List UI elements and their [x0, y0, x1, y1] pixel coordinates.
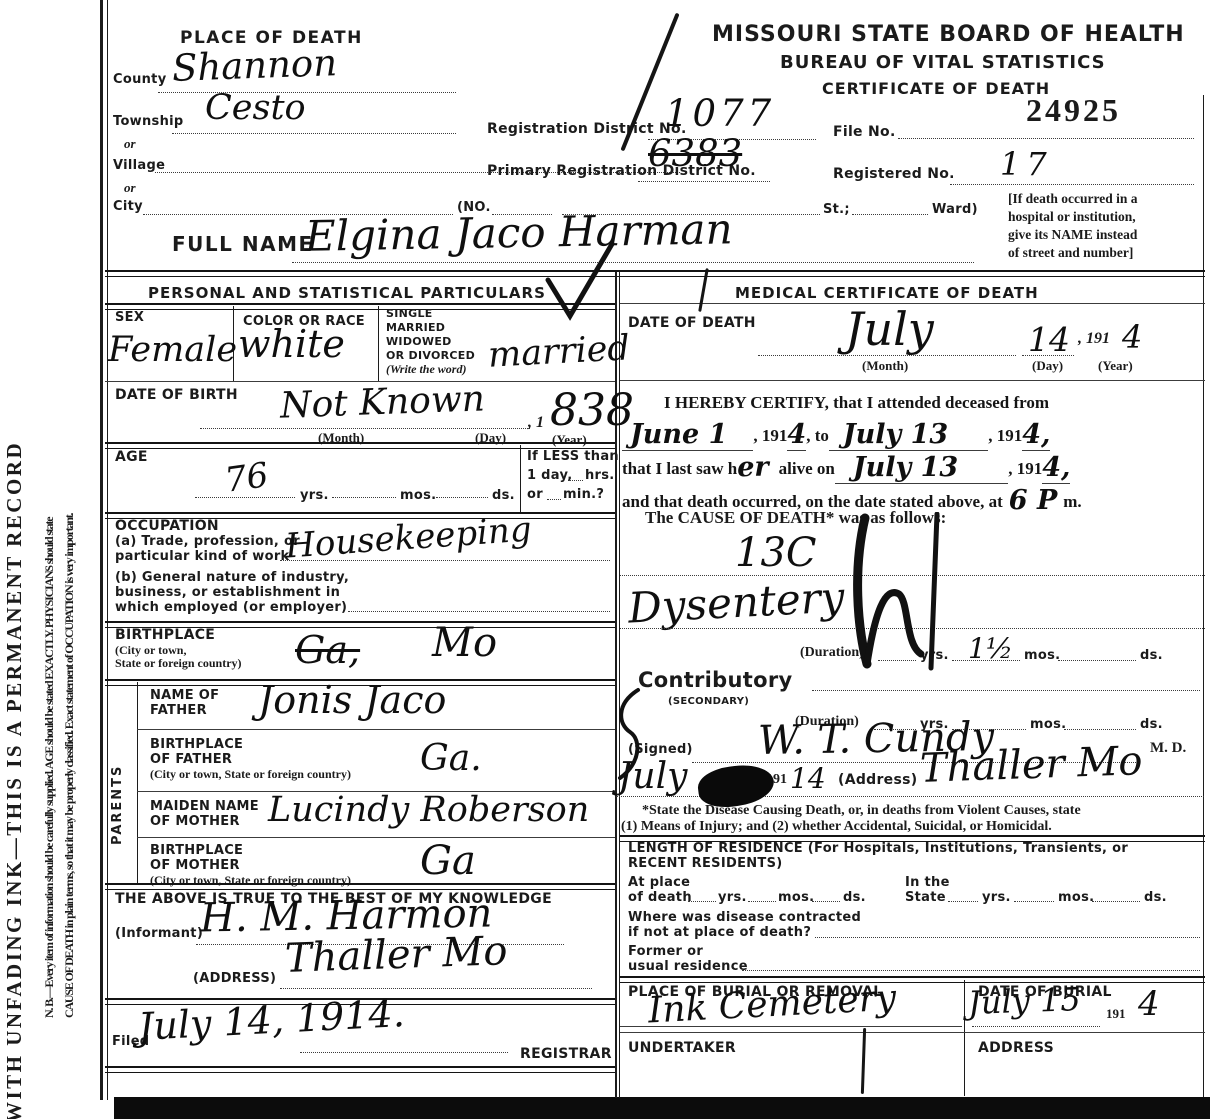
dod-month-label: (Month) — [862, 358, 908, 374]
last-saw-pronoun: er — [737, 452, 778, 483]
form-left-border-inner — [107, 0, 108, 1100]
undertaker-address-label: ADDRESS — [978, 1040, 1054, 1056]
date-of-death-day-value: 14 — [1028, 320, 1070, 359]
state-yrs-line — [948, 901, 978, 902]
city-ward-label: Ward) — [932, 202, 978, 217]
cause-code-value: 13C — [735, 530, 817, 576]
personal-section-title: PERSONAL AND STATISTICAL PARTICULARS — [148, 284, 546, 302]
mother-name-label2: OF MOTHER — [150, 814, 240, 829]
contrib-duration-mos: mos. — [1030, 717, 1066, 732]
date-of-death-label: DATE OF DEATH — [628, 315, 756, 331]
ifless-hrs-label: hrs. — [585, 468, 615, 483]
village-label: Village — [113, 158, 165, 173]
atplace-label1: At place — [628, 875, 690, 890]
undertaker-label: UNDERTAKER — [628, 1040, 736, 1056]
dob-row-rule — [105, 442, 615, 449]
signature-address-label: (Address) — [838, 772, 917, 788]
age-yrs-line — [195, 497, 295, 498]
occupation-b-line3: which employed (or employer) — [115, 600, 347, 615]
date-of-death-year-value: 4 — [1122, 318, 1142, 356]
burial-cell-divider — [964, 980, 965, 1096]
occupation-b-line1: (b) General nature of industry, — [115, 570, 349, 585]
occupation-label: OCCUPATION — [115, 518, 219, 534]
marital-value: married — [487, 328, 631, 375]
age-cell-divider — [520, 445, 521, 513]
dod-day-line — [1022, 355, 1074, 356]
birthplace-label: BIRTHPLACE — [115, 627, 215, 643]
birthplace-value-struck: Ga, — [295, 628, 360, 672]
occupation-a-line — [280, 560, 610, 561]
certify-paragraph: I HEREBY CERTIFY, that I attended deceas… — [622, 386, 1204, 518]
atplace-label2: of death — [628, 890, 692, 905]
state-ds-line — [1092, 901, 1140, 902]
reg-district-value: 1077 — [665, 92, 775, 135]
state-mos-line — [1014, 901, 1054, 902]
personal-title-rule — [105, 303, 615, 310]
informant-address-value: Thaller Mo — [284, 928, 508, 982]
last-saw-text2: alive on — [779, 459, 835, 478]
state-yrs: yrs. — [982, 890, 1011, 905]
marital-label-widowed: WIDOWED — [386, 335, 452, 348]
contrib-duration-ds: ds. — [1140, 717, 1163, 732]
hospital-note-l3: give its NAME instead — [1008, 227, 1137, 242]
where-contracted-line1: Where was disease contracted — [628, 910, 861, 925]
age-ds-label: ds. — [492, 488, 515, 503]
primary-reg-line — [638, 181, 770, 182]
primary-reg-value: 6383 — [648, 132, 742, 175]
hospital-note-l1: [If death occurred in a — [1008, 191, 1138, 206]
cause-duration-ds-line — [1058, 660, 1136, 661]
pen-stroke-undertaker — [861, 1028, 866, 1094]
atplace-ds: ds. — [843, 890, 866, 905]
informant-label: (Informant) — [115, 926, 203, 941]
mother-name-rule — [137, 837, 615, 838]
father-birthplace-sub: (City or town, State or foreign country) — [150, 767, 351, 782]
filed-line — [300, 1052, 508, 1053]
informant-address-line — [280, 988, 592, 989]
form-left-border — [100, 0, 103, 1100]
inthe-label: In the — [905, 875, 950, 890]
ifless-line1: If LESS than — [527, 449, 619, 464]
margin-nb-note-line2: CAUSE OF DEATH in plain terms, so that i… — [62, 28, 77, 1018]
registrar-label: REGISTRAR — [520, 1046, 612, 1062]
state-mos: mos. — [1058, 890, 1094, 905]
pen-check-personal-header — [540, 238, 635, 328]
color-cell-divider — [378, 306, 379, 382]
city-st-label: St.; — [823, 202, 850, 217]
marital-label-married: MARRIED — [386, 321, 445, 334]
file-no-value: 24925 — [1026, 92, 1121, 129]
last-saw-date: July 13 — [835, 452, 1008, 484]
county-value: Shannon — [171, 41, 337, 90]
ifless-min-label: min.? — [563, 487, 604, 502]
pen-flourish-contributory — [612, 686, 648, 781]
sex-value: Female — [108, 330, 237, 370]
mother-birthplace-label1: BIRTHPLACE — [150, 843, 243, 858]
death-hour-value: 6 P — [1003, 485, 1064, 516]
occupation-b-line — [348, 611, 610, 612]
where-contracted-line2: if not at place of death? — [628, 925, 811, 940]
age-label: AGE — [115, 449, 148, 465]
occupation-a-line1: (a) Trade, profession, or — [115, 534, 300, 549]
where-contracted-line — [815, 937, 1200, 938]
file-no-line — [898, 138, 1194, 139]
signature-date-year: 14 — [790, 762, 826, 795]
mother-name-value: Lucindy Roberson — [268, 790, 589, 830]
state-ds: ds. — [1144, 890, 1167, 905]
attended-from-year: 4 — [787, 419, 806, 451]
city-ward-line — [852, 214, 928, 215]
city-label: City — [113, 199, 143, 214]
file-no-label: File No. — [833, 124, 896, 140]
registered-line — [950, 184, 1194, 185]
contributory-line — [812, 690, 1200, 691]
secondary-label: (SECONDARY) — [668, 696, 749, 707]
registered-value: 17 — [1000, 145, 1053, 183]
year-printed-a: , 191 — [753, 426, 787, 445]
informant-address-label: (ADDRESS) — [193, 971, 276, 986]
father-name-value: Jonis Jaco — [258, 678, 446, 722]
bottom-black-bar — [114, 1097, 1210, 1119]
dod-year-label: (Year) — [1098, 358, 1133, 374]
father-name-rule — [137, 729, 615, 730]
full-name-label: FULL NAME — [172, 232, 314, 256]
hospital-note: [If death occurred in a hospital or inst… — [1008, 190, 1204, 262]
cause-duration-mos: mos. — [1024, 648, 1060, 663]
margin-permanent-record-note: WITH UNFADING INK—THIS IS A PERMANENT RE… — [2, 88, 27, 1119]
residence-bottom-rule — [620, 976, 1205, 983]
cause-footnote-line1: *State the Disease Causing Death, or, in… — [642, 803, 1081, 819]
last-saw-text1: that I last saw h — [622, 459, 737, 478]
father-birthplace-label2: OF FATHER — [150, 752, 232, 767]
township-label: Township — [113, 114, 184, 129]
occupation-b-line2: business, or establishment in — [115, 585, 340, 600]
parents-cell-divider — [137, 682, 138, 884]
header-bottom-rule — [105, 270, 1205, 277]
birthplace-value: Mo — [432, 620, 497, 666]
former-residence-line1: Former or — [628, 944, 703, 959]
township-value: Cesto — [205, 88, 306, 128]
dob-label: DATE OF BIRTH — [115, 387, 238, 403]
pen-stroke-cause-area — [845, 512, 975, 672]
burial-date-line — [972, 1026, 1100, 1027]
cause-value: Dysentery — [627, 572, 846, 632]
dod-month-line — [758, 355, 1016, 356]
father-birthplace-value: Ga. — [420, 738, 482, 779]
death-certificate-page: WITH UNFADING INK—THIS IS A PERMANENT RE… — [0, 0, 1210, 1119]
or-label-1: or — [124, 136, 136, 152]
mother-name-label1: MAIDEN NAME — [150, 799, 259, 814]
contrib-ds-line — [1064, 729, 1136, 730]
atplace-yrs: yrs. — [718, 890, 747, 905]
to-word: , to — [806, 426, 829, 445]
death-occurred-m: m. — [1063, 492, 1081, 511]
md-label: M. D. — [1150, 740, 1186, 757]
dod-row-rule — [620, 380, 1205, 381]
ifless-min-line — [547, 499, 561, 500]
date-of-death-month-value: July — [845, 302, 934, 356]
burial-year-value: 4 — [1138, 984, 1160, 1024]
burial-place-line — [620, 1026, 962, 1027]
registered-label: Registered No. — [833, 166, 955, 182]
ifless-line2: 1 day, — [527, 468, 572, 483]
margin-nb-note-line1: N. B.—Every item of information should b… — [42, 28, 57, 1018]
birthplace-sub2: State or foreign country) — [115, 656, 242, 671]
hospital-note-l2: hospital or institution, — [1008, 209, 1136, 224]
mother-birthplace-value: Ga — [420, 838, 476, 884]
cause-footnote-line2: (1) Means of Injury; and (2) whether Acc… — [621, 819, 1052, 835]
dod-day-label: (Day) — [1032, 358, 1063, 374]
county-label: County — [113, 72, 166, 87]
bureau-title: BUREAU OF VITAL STATISTICS — [780, 52, 1106, 73]
ifless-hrs-line — [569, 480, 583, 481]
board-title: MISSOURI STATE BOARD OF HEALTH — [712, 22, 1185, 47]
cause-duration-ds: ds. — [1140, 648, 1163, 663]
signature-address-value: Thaller Mo — [919, 738, 1143, 792]
attended-to-date: July 13 — [829, 419, 988, 451]
burial-row-rule — [620, 1032, 1205, 1033]
age-ds-line — [436, 497, 488, 498]
attended-from-date: June 1 — [622, 419, 753, 451]
father-name-label2: FATHER — [150, 703, 207, 718]
hospital-note-l4: of street and number] — [1008, 245, 1133, 260]
township-line — [172, 133, 456, 134]
marital-label-single: SINGLE — [386, 307, 433, 320]
marital-label-divorced: OR DIVORCED — [386, 349, 475, 362]
year-printed-b: , 191 — [988, 426, 1022, 445]
former-residence-line2: usual residence — [628, 959, 748, 974]
contributory-label: Contributory — [638, 668, 792, 692]
dob-line — [200, 428, 530, 429]
full-name-value: Elgina Jaco Harman — [305, 204, 733, 260]
certificate-title: CERTIFICATE OF DEATH — [822, 79, 1050, 98]
year-printed-c: , 191 — [1008, 459, 1042, 478]
burial-date-value: July 15 — [967, 980, 1081, 1022]
occupation-a-line2: particular kind of work — [115, 549, 289, 564]
medical-section-title: MEDICAL CERTIFICATE OF DEATH — [735, 284, 1039, 302]
age-value: 76 — [222, 455, 270, 501]
certify-line1: I HEREBY CERTIFY, that I attended deceas… — [664, 393, 1049, 412]
residence-title-line2: RECENT RESIDENTS) — [628, 856, 783, 871]
father-birthplace-label1: BIRTHPLACE — [150, 737, 243, 752]
age-yrs-label: yrs. — [300, 488, 329, 503]
atplace-mos: mos. — [778, 890, 814, 905]
marital-write-word-label: (Write the word) — [386, 362, 466, 377]
or-label-2: or — [124, 180, 136, 196]
residence-title-line1: LENGTH OF RESIDENCE (For Hospitals, Inst… — [628, 841, 1128, 856]
mother-birthplace-label2: OF MOTHER — [150, 858, 240, 873]
atplace-yrs-line — [688, 901, 716, 902]
age-mos-label: mos. — [400, 488, 436, 503]
former-residence-line — [742, 970, 1200, 971]
state-label: State — [905, 890, 946, 905]
color-race-value: white — [238, 322, 345, 366]
atplace-mos-line — [748, 901, 776, 902]
filed-bottom-rule — [105, 1066, 615, 1073]
father-name-label1: NAME OF — [150, 688, 219, 703]
dob-year-prefix: , 1 — [528, 414, 544, 432]
county-line — [158, 92, 456, 93]
age-mos-line — [332, 497, 396, 498]
ifless-line3: or — [527, 487, 543, 502]
attended-to-year: 4, — [1022, 419, 1050, 451]
sex-label: SEX — [115, 310, 144, 325]
parents-bottom-rule — [105, 883, 615, 890]
dod-year-printed: , 191 — [1078, 330, 1110, 348]
dob-value: Not Known — [279, 378, 485, 426]
burial-year-printed: 191 — [1106, 1006, 1126, 1022]
atplace-ds-line — [812, 901, 840, 902]
parents-vertical-label: PARENTS — [110, 735, 125, 845]
last-saw-year: 4, — [1042, 452, 1070, 484]
